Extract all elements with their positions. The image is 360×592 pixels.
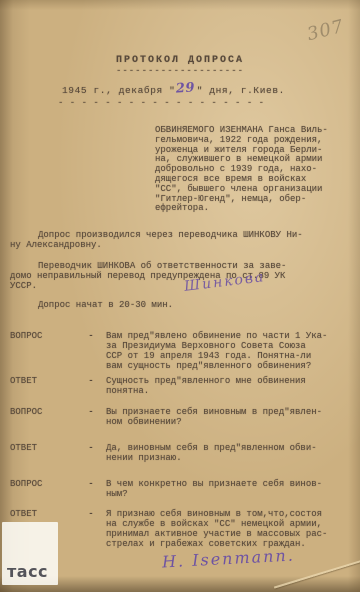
question-text: Вы признаете себя виновным в пред"явлен-…: [106, 407, 348, 427]
answer-label: ОТВЕТ: [10, 443, 76, 463]
qa-row: ОТВЕТ - Я признаю себя виновным в том,чт…: [10, 509, 348, 549]
answer-text: Сущность пред"явленного мне обвинения по…: [106, 376, 348, 396]
title-underline: --------------------: [0, 66, 360, 76]
start-time-paragraph: Допрос начат в 20-30 мин.: [38, 300, 338, 310]
question-label: ВОПРОС: [10, 407, 76, 427]
answer-label: ОТВЕТ: [10, 376, 76, 396]
date-day-handwritten: 29: [175, 83, 197, 94]
qa-dash: -: [76, 331, 106, 371]
date-line: 1945 г., декабря "29" дня, г.Киев.: [62, 85, 285, 96]
question-text: Вам пред"явлено обвинение по части 1 Ука…: [106, 331, 348, 371]
document-scan: 307 ПРОТОКОЛ ДОПРОСА -------------------…: [0, 0, 360, 592]
archive-number-handwritten: 307: [305, 16, 346, 45]
qa-dash: -: [76, 376, 106, 396]
qa-dash: -: [76, 479, 106, 499]
date-suffix: " дня, г.Киев.: [197, 85, 285, 96]
qa-dash: -: [76, 509, 106, 549]
qa-row: ВОПРОС - Вам пред"явлено обвинение по ча…: [10, 331, 348, 371]
qa-dash: -: [76, 407, 106, 427]
qa-row: ОТВЕТ - Да, виновным себя в пред"явленно…: [10, 443, 348, 463]
document-title: ПРОТОКОЛ ДОПРОСА: [0, 56, 360, 66]
question-label: ВОПРОС: [10, 331, 76, 371]
question-label: ВОПРОС: [10, 479, 76, 499]
answer-text: Я признаю себя виновным в том,что,состоя…: [106, 509, 348, 549]
accused-description: ОБВИНЯЕМОГО ИЗЕНМАНА Ганса Виль- гельмов…: [155, 126, 337, 214]
date-underline: - - - - - - - - - - - - - - - - - -: [58, 98, 265, 108]
interpreter-paragraph: Допрос производился через переводчика ШИ…: [10, 230, 344, 250]
accused-signature: H. Isenmann.: [162, 546, 296, 572]
interpreter-warning-paragraph: Переводчик ШИНКОВА об ответственности за…: [10, 261, 344, 291]
date-prefix: 1945 г., декабря ": [62, 85, 175, 96]
answer-text: Да, виновным себя в пред"явленном обви- …: [106, 443, 348, 463]
tass-logo-text: тасс: [7, 562, 48, 581]
qa-row: ВОПРОС - В чем конкретно вы признаете се…: [10, 479, 348, 499]
qa-dash: -: [76, 443, 106, 463]
question-text: В чем конкретно вы признаете себя винов-…: [106, 479, 348, 499]
qa-row: ВОПРОС - Вы признаете себя виновным в пр…: [10, 407, 348, 427]
tass-watermark: тасс: [2, 522, 58, 585]
qa-row: ОТВЕТ - Сущность пред"явленного мне обви…: [10, 376, 348, 396]
